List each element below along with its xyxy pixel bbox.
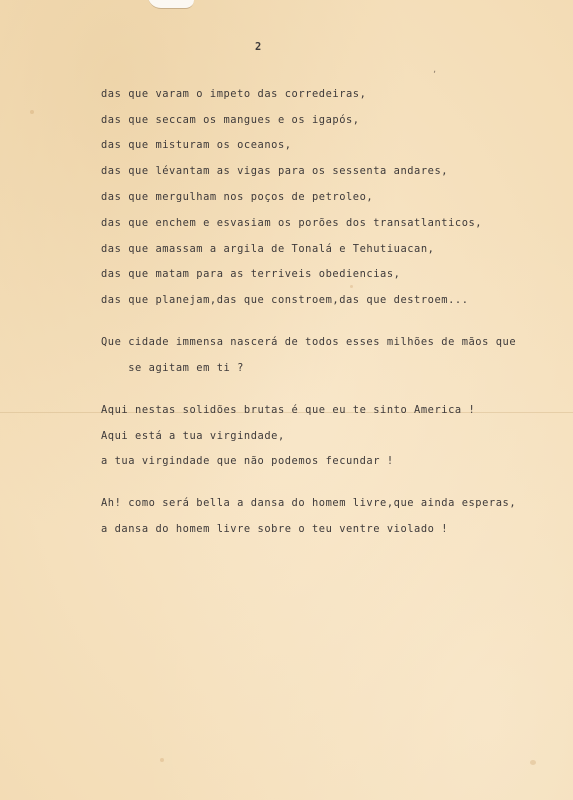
stain bbox=[530, 760, 536, 765]
margin-mark: ʼ bbox=[432, 70, 437, 79]
line: a dansa do homem livre sobre o teu ventr… bbox=[101, 523, 448, 535]
stain bbox=[160, 758, 164, 762]
line: a tua virgindade que não podemos fecunda… bbox=[101, 455, 394, 467]
line: das que lévantam as vigas para os sessen… bbox=[101, 165, 448, 177]
line: das que misturam os oceanos, bbox=[101, 139, 292, 151]
line: das que enchem e esvasiam os porões dos … bbox=[101, 217, 482, 229]
line: das que matam para as terriveis obedienc… bbox=[101, 268, 400, 280]
stain bbox=[30, 110, 34, 114]
line: Aqui está a tua virgindade, bbox=[101, 430, 285, 442]
line: das que amassam a argila de Tonalá e Teh… bbox=[101, 243, 434, 255]
line: das que seccam os mangues e os igapós, bbox=[101, 114, 360, 126]
line: das que varam o impeto das corredeiras, bbox=[101, 88, 366, 100]
line: das que mergulham nos poços de petroleo, bbox=[101, 191, 373, 203]
line: Que cidade immensa nascerá de todos esse… bbox=[101, 336, 516, 348]
page-number: 2 bbox=[255, 41, 262, 53]
stain bbox=[350, 285, 353, 288]
line: Ah! como será bella a dansa do homem liv… bbox=[101, 497, 516, 509]
line: das que planejam,das que constroem,das q… bbox=[101, 294, 469, 306]
line: se agitam em ti ? bbox=[101, 362, 244, 374]
line: Aqui nestas solidões brutas é que eu te … bbox=[101, 404, 475, 416]
typewritten-page: 2 ʼ das que varam o impeto das corredeir… bbox=[0, 0, 573, 800]
torn-corner bbox=[148, 0, 194, 9]
